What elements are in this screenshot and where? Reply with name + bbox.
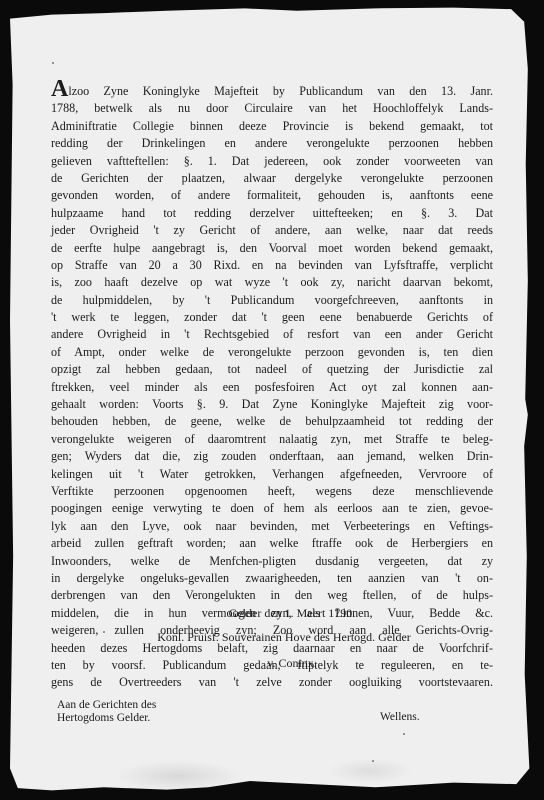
body-line: arbeid zullen geftraft worden; aan welke…: [51, 535, 493, 552]
signer-name: v. Coninx.: [20, 656, 544, 671]
body-line: is, zoo haaft dezelve op wat wyze 't ook…: [51, 274, 493, 291]
body-line: op Straffe van 20 a 30 Rixd. en na bevin…: [51, 257, 493, 274]
addressee-line: Hertogdoms Gelder.: [57, 712, 156, 725]
body-line: opzigt zal hebben gedaan, tot nadeel of …: [51, 361, 493, 378]
body-line: gelieven vaftteftellen: §. 1. Dat jedere…: [51, 153, 493, 170]
body-line: de hulpmiddelen, by 't Publicandum voorg…: [51, 292, 493, 309]
paper-speck: [403, 733, 405, 735]
body-line: lyk aan den Lyve, ook naar bevinden, met…: [51, 518, 493, 535]
paper-speck: [372, 760, 374, 762]
body-line: gen; Wyders dat die, zig zouden onderfta…: [51, 448, 493, 465]
body-line: Alzoo Zyne Koninglyke Majefteit by Publi…: [51, 83, 493, 100]
body-line: hulpzaame hand tot redding derzelver uit…: [51, 205, 493, 222]
body-line: verongelukte weigeren of daaromtrent nal…: [51, 431, 493, 448]
body-line: in dergelyke ongeluks-gevallen zwaarighe…: [51, 570, 493, 587]
addressee-line: Aan de Gerichten des: [57, 699, 156, 712]
proclamation-body: Alzoo Zyne Koninglyke Majefteit by Publi…: [51, 83, 493, 692]
body-line: Verftikte perzoonen opgenoomen heeft, we…: [51, 483, 493, 500]
body-line: de eerfte hulpe aangebragt is, den Voorv…: [51, 240, 493, 257]
body-line: derbrengen van den Verongelukten in den …: [51, 587, 493, 604]
body-line: of Ampt, onder welke de verongelukte per…: [51, 344, 493, 361]
body-line: 1788, betwelk als nu door Circulaire van…: [51, 100, 493, 117]
body-line: jeder Ovrigheid 't zy Gericht of andere,…: [51, 222, 493, 239]
date-line: Gelder den 1. Meert 1790.: [20, 606, 544, 621]
body-line: redding der Drinkelingen en andere veron…: [51, 135, 493, 152]
body-line: poogingen eenige verwyting te doen of he…: [51, 500, 493, 517]
body-line: Inwoonders, welke de Menfchen-pligten du…: [51, 553, 493, 570]
court-line: Konl. Pruisf. Souverainen Hove des Herto…: [12, 630, 544, 645]
body-line: gehaalt worden: Voorts §. 9. Dat Zyne Ko…: [51, 396, 493, 413]
body-line: de Gerichten der plaatzen, alwaar dergel…: [51, 170, 493, 187]
body-line: behouden hebben, de geene, welke de behu…: [51, 413, 493, 430]
body-line: kelingen uit 't Water getrokken, Verhang…: [51, 466, 493, 483]
body-line: gens de Overtreeders van 't zelve zonder…: [51, 674, 493, 691]
paper-speck: [52, 62, 54, 64]
body-line: andere Ovrigheid in 't Rechtsgebied of r…: [51, 326, 493, 343]
body-line: gevonden worden, of andere formaliteit, …: [51, 187, 493, 204]
body-line: 't werk te leggen, zonder dat 't geen ee…: [51, 309, 493, 326]
secretary-signature: Wellens.: [380, 711, 420, 723]
body-line: ftrekken, veel minder als een posfesfoir…: [51, 379, 493, 396]
body-line: Adminiftratie Collegie binnen deeze Prov…: [51, 118, 493, 135]
addressee: Aan de Gerichten des Hertogdoms Gelder.: [57, 699, 156, 724]
paper-speck: [103, 631, 105, 633]
drop-cap: A: [51, 76, 68, 102]
